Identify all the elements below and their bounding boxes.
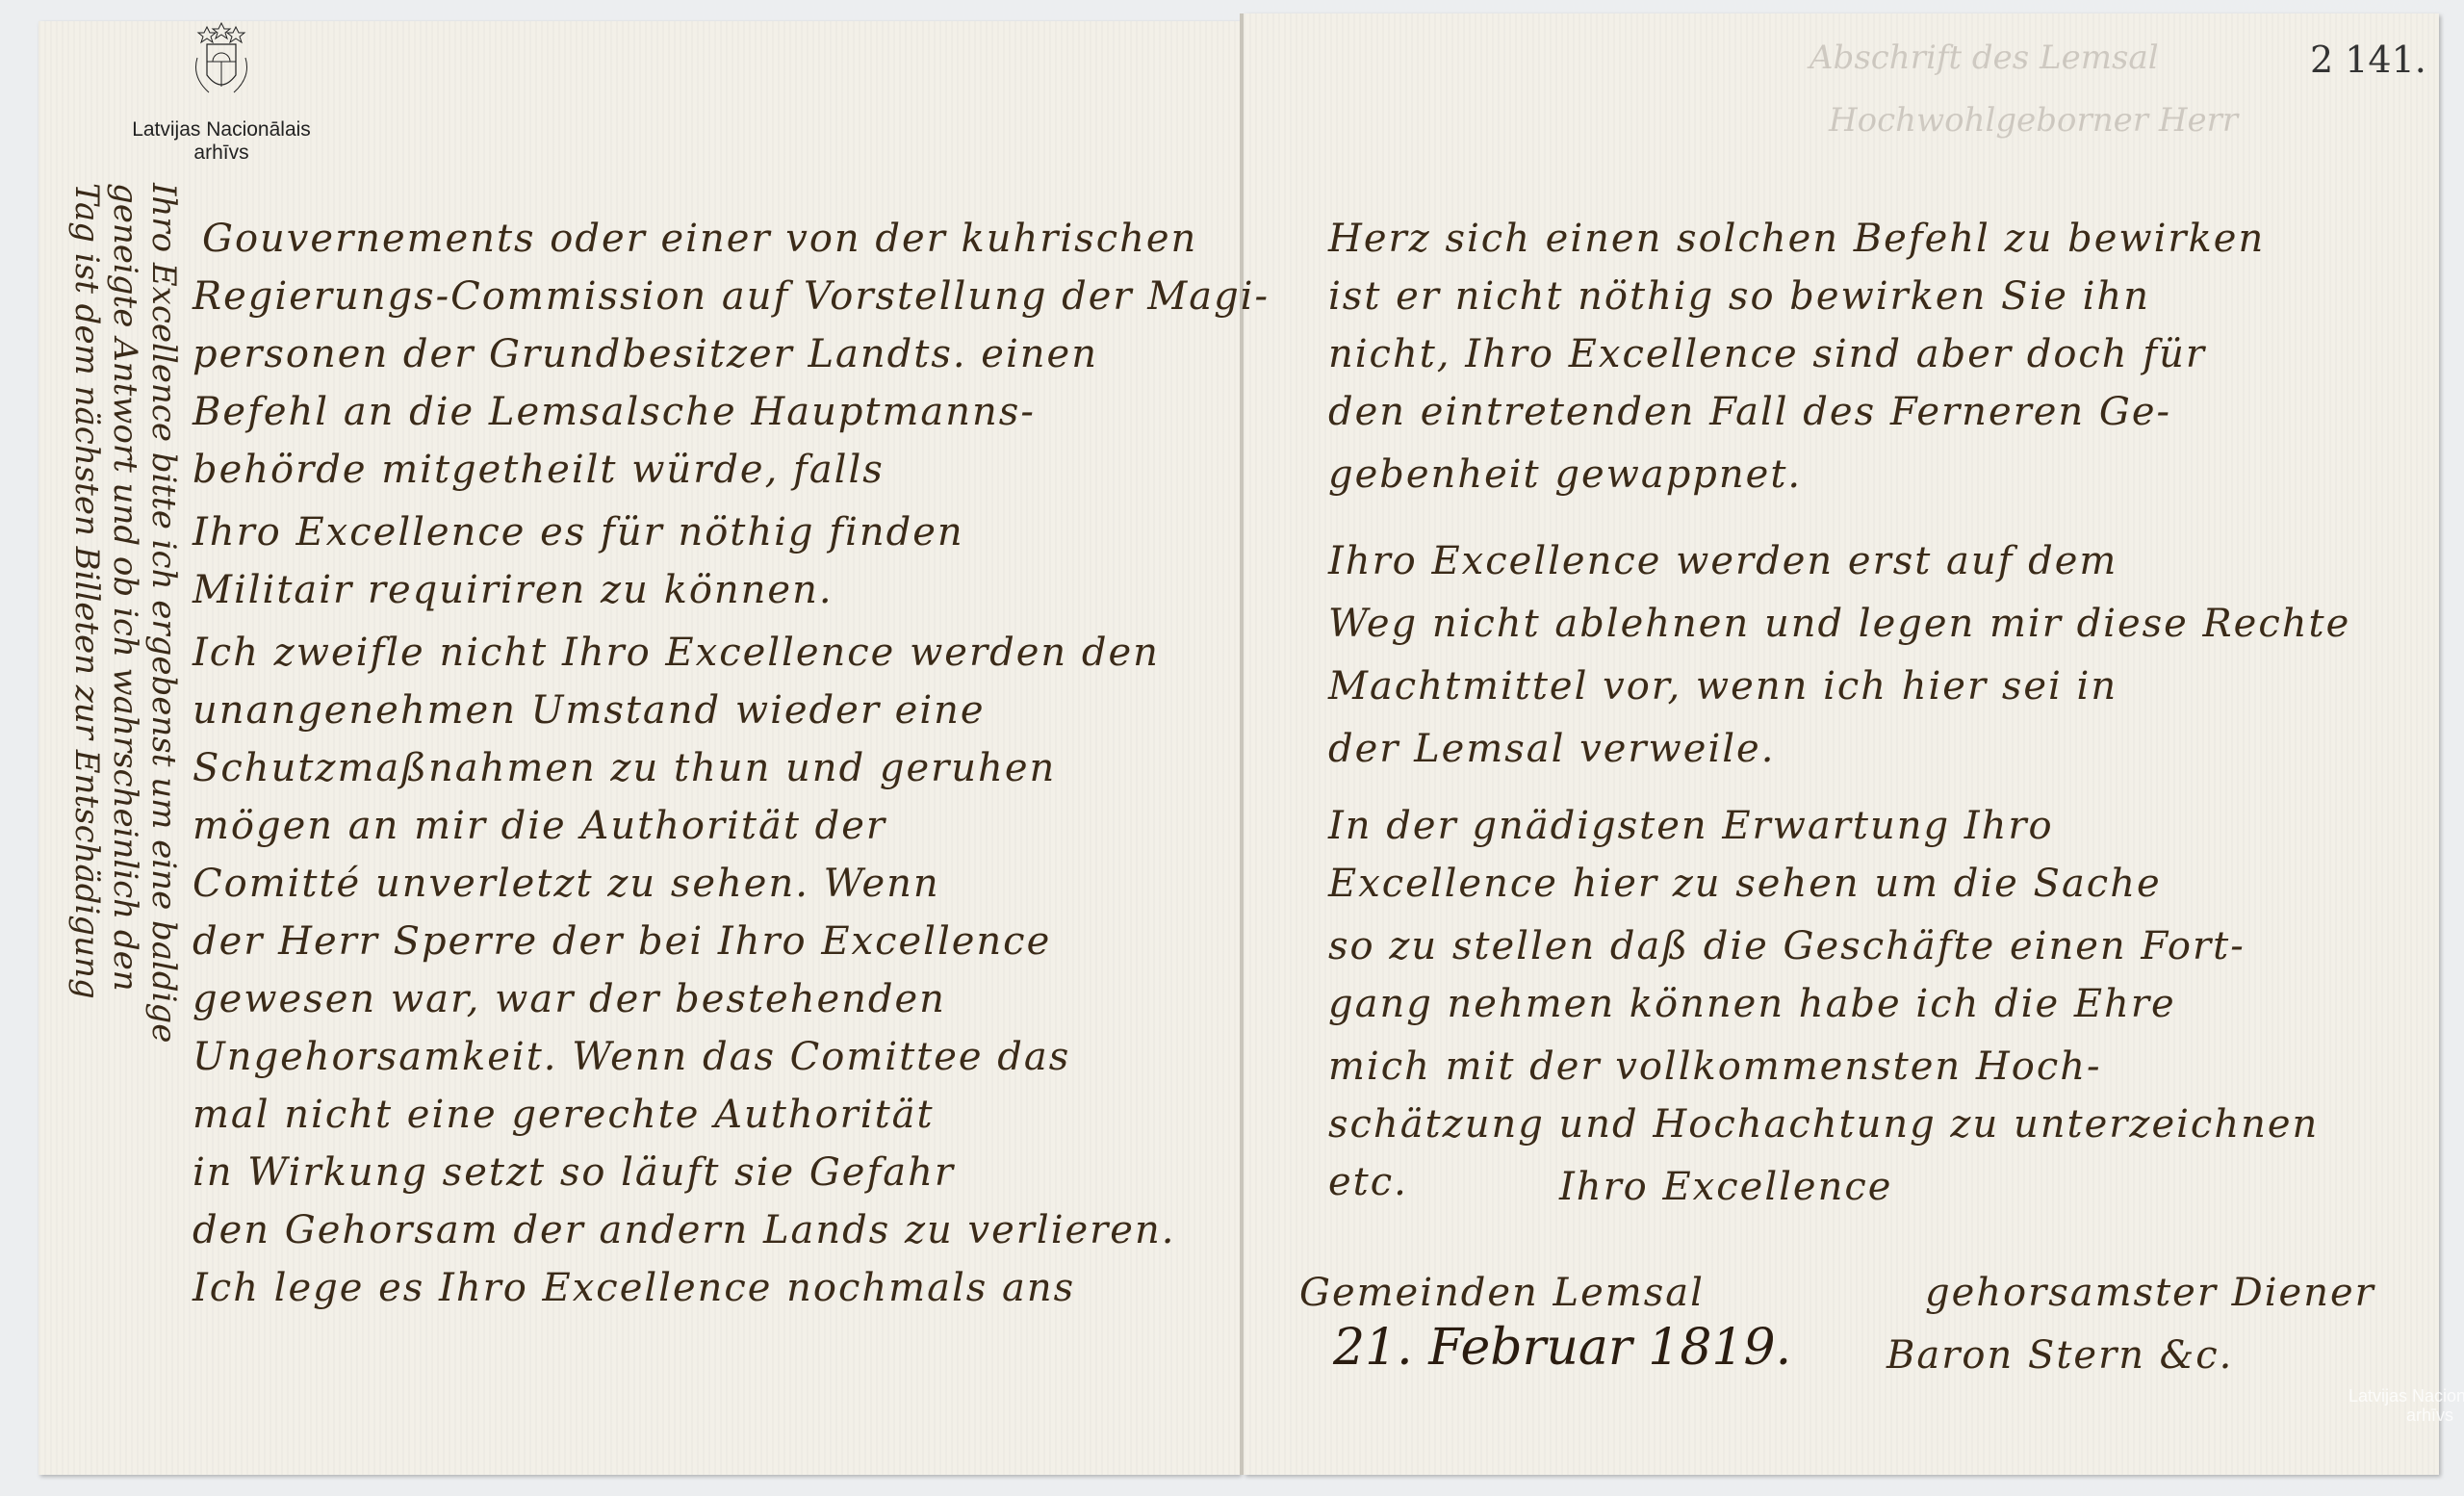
handwritten-line: Machtmittel vor, wenn ich hier sei in	[1328, 664, 2117, 709]
handwritten-line: mich mit der vollkommensten Hoch-	[1328, 1045, 2102, 1089]
handwritten-line: Schutzmaßnahmen zu thun und geruhen	[192, 746, 1056, 790]
handwritten-line: nicht, Ihro Excellence sind aber doch fü…	[1328, 332, 2206, 376]
bleed-through-text: Abschrift des Lemsal	[1809, 39, 2159, 77]
handwritten-line: so zu stellen daß die Geschäfte einen Fo…	[1328, 924, 2246, 968]
handwritten-line: den eintretenden Fall des Ferneren Ge-	[1328, 390, 2171, 434]
salutation: Ihro Excellence	[1559, 1165, 1892, 1209]
handwritten-line: schätzung und Hochachtung zu unterzeichn…	[1328, 1102, 2319, 1147]
handwritten-line: in Wirkung setzt so läuft sie Gefahr	[192, 1150, 955, 1195]
margin-line: geneigte Antwort und ob ich wahrscheinli…	[106, 183, 144, 1043]
bleed-through-text: Hochwohlgeborner Herr	[1829, 101, 2238, 140]
coat-of-arms-icon	[188, 19, 255, 106]
handwritten-line: Comitté unverletzt zu sehen. Wenn	[192, 862, 940, 906]
handwritten-line: Excellence hier zu sehen um die Sache	[1328, 862, 2162, 906]
handwritten-line: Militair requiriren zu können.	[192, 568, 834, 612]
signature-line-1: gehorsamster Diener	[1925, 1271, 2375, 1315]
page-fold	[1240, 13, 1244, 1475]
margin-line: Ihro Excellence bitte ich ergebenst um e…	[144, 183, 183, 1043]
handwritten-line: Ich lege es Ihro Excellence nochmals ans	[192, 1266, 1075, 1310]
archive-name-line-2: arhīvs	[115, 142, 327, 165]
handwritten-line: gewesen war, war der bestehenden	[192, 977, 946, 1021]
archive-name-line-1: Latvijas Nacionālais	[2348, 1386, 2464, 1406]
handwritten-line: unangenehmen Umstand wieder eine	[192, 688, 986, 733]
handwritten-line: behörde mitgetheilt würde, falls	[192, 448, 885, 492]
handwritten-line: der Lemsal verweile.	[1328, 727, 1775, 771]
archive-name-line-2: arhīvs	[2348, 1406, 2464, 1425]
handwritten-line: Ungehorsamkeit. Wenn das Comittee das	[192, 1035, 1070, 1079]
handwritten-line: ist er nicht nöthig so bewirken Sie ihn	[1328, 274, 2150, 319]
handwritten-line: der Herr Sperre der bei Ihro Excellence	[192, 919, 1051, 964]
handwritten-line: Ich zweifle nicht Ihro Excellence werden…	[192, 631, 1160, 675]
handwritten-line: Weg nicht ablehnen und legen mir diese R…	[1328, 602, 2350, 646]
archive-name-line-1: Latvijas Nacionālais	[115, 118, 327, 142]
handwritten-line: Gouvernements oder einer von der kuhrisc…	[202, 217, 1197, 261]
archive-watermark-bottom: Latvijas Nacionālais arhīvs	[2348, 1386, 2464, 1425]
handwritten-line: Ihro Excellence werden erst auf dem	[1328, 539, 2117, 583]
handwritten-line: Befehl an die Lemsalsche Hauptmanns-	[192, 390, 1036, 434]
margin-note: Ihro Excellence bitte ich ergebenst um e…	[67, 183, 183, 1043]
letter-date: 21. Februar 1819.	[1333, 1319, 1791, 1377]
closing-place: Gemeinden Lemsal	[1299, 1271, 1705, 1315]
handwritten-line: mögen an mir die Authorität der	[192, 804, 886, 848]
handwritten-line: mal nicht eine gerechte Authorität	[192, 1093, 935, 1137]
handwritten-line: etc.	[1328, 1160, 1408, 1204]
signature-line-2: Baron Stern &c.	[1886, 1333, 2233, 1378]
margin-line: Tag ist dem nächsten Billeten zur Entsch…	[67, 183, 106, 1043]
handwritten-line: Regierungs-Commission auf Vorstellung de…	[192, 274, 1270, 319]
handwritten-line: gebenheit gewappnet.	[1328, 452, 1802, 497]
handwritten-line: gang nehmen können habe ich die Ehre	[1328, 982, 2176, 1026]
handwritten-line: Herz sich einen solchen Befehl zu bewirk…	[1328, 217, 2265, 261]
handwritten-line: Ihro Excellence es für nöthig finden	[192, 510, 964, 555]
handwritten-line: personen der Grundbesitzer Landts. einen	[192, 332, 1098, 376]
archive-watermark-top: Latvijas Nacionālais arhīvs	[115, 19, 327, 165]
handwritten-line: den Gehorsam der andern Lands zu verlier…	[192, 1208, 1175, 1252]
handwritten-line: In der gnädigsten Erwartung Ihro	[1328, 804, 2054, 848]
folio-number: 2 141.	[2310, 39, 2426, 81]
